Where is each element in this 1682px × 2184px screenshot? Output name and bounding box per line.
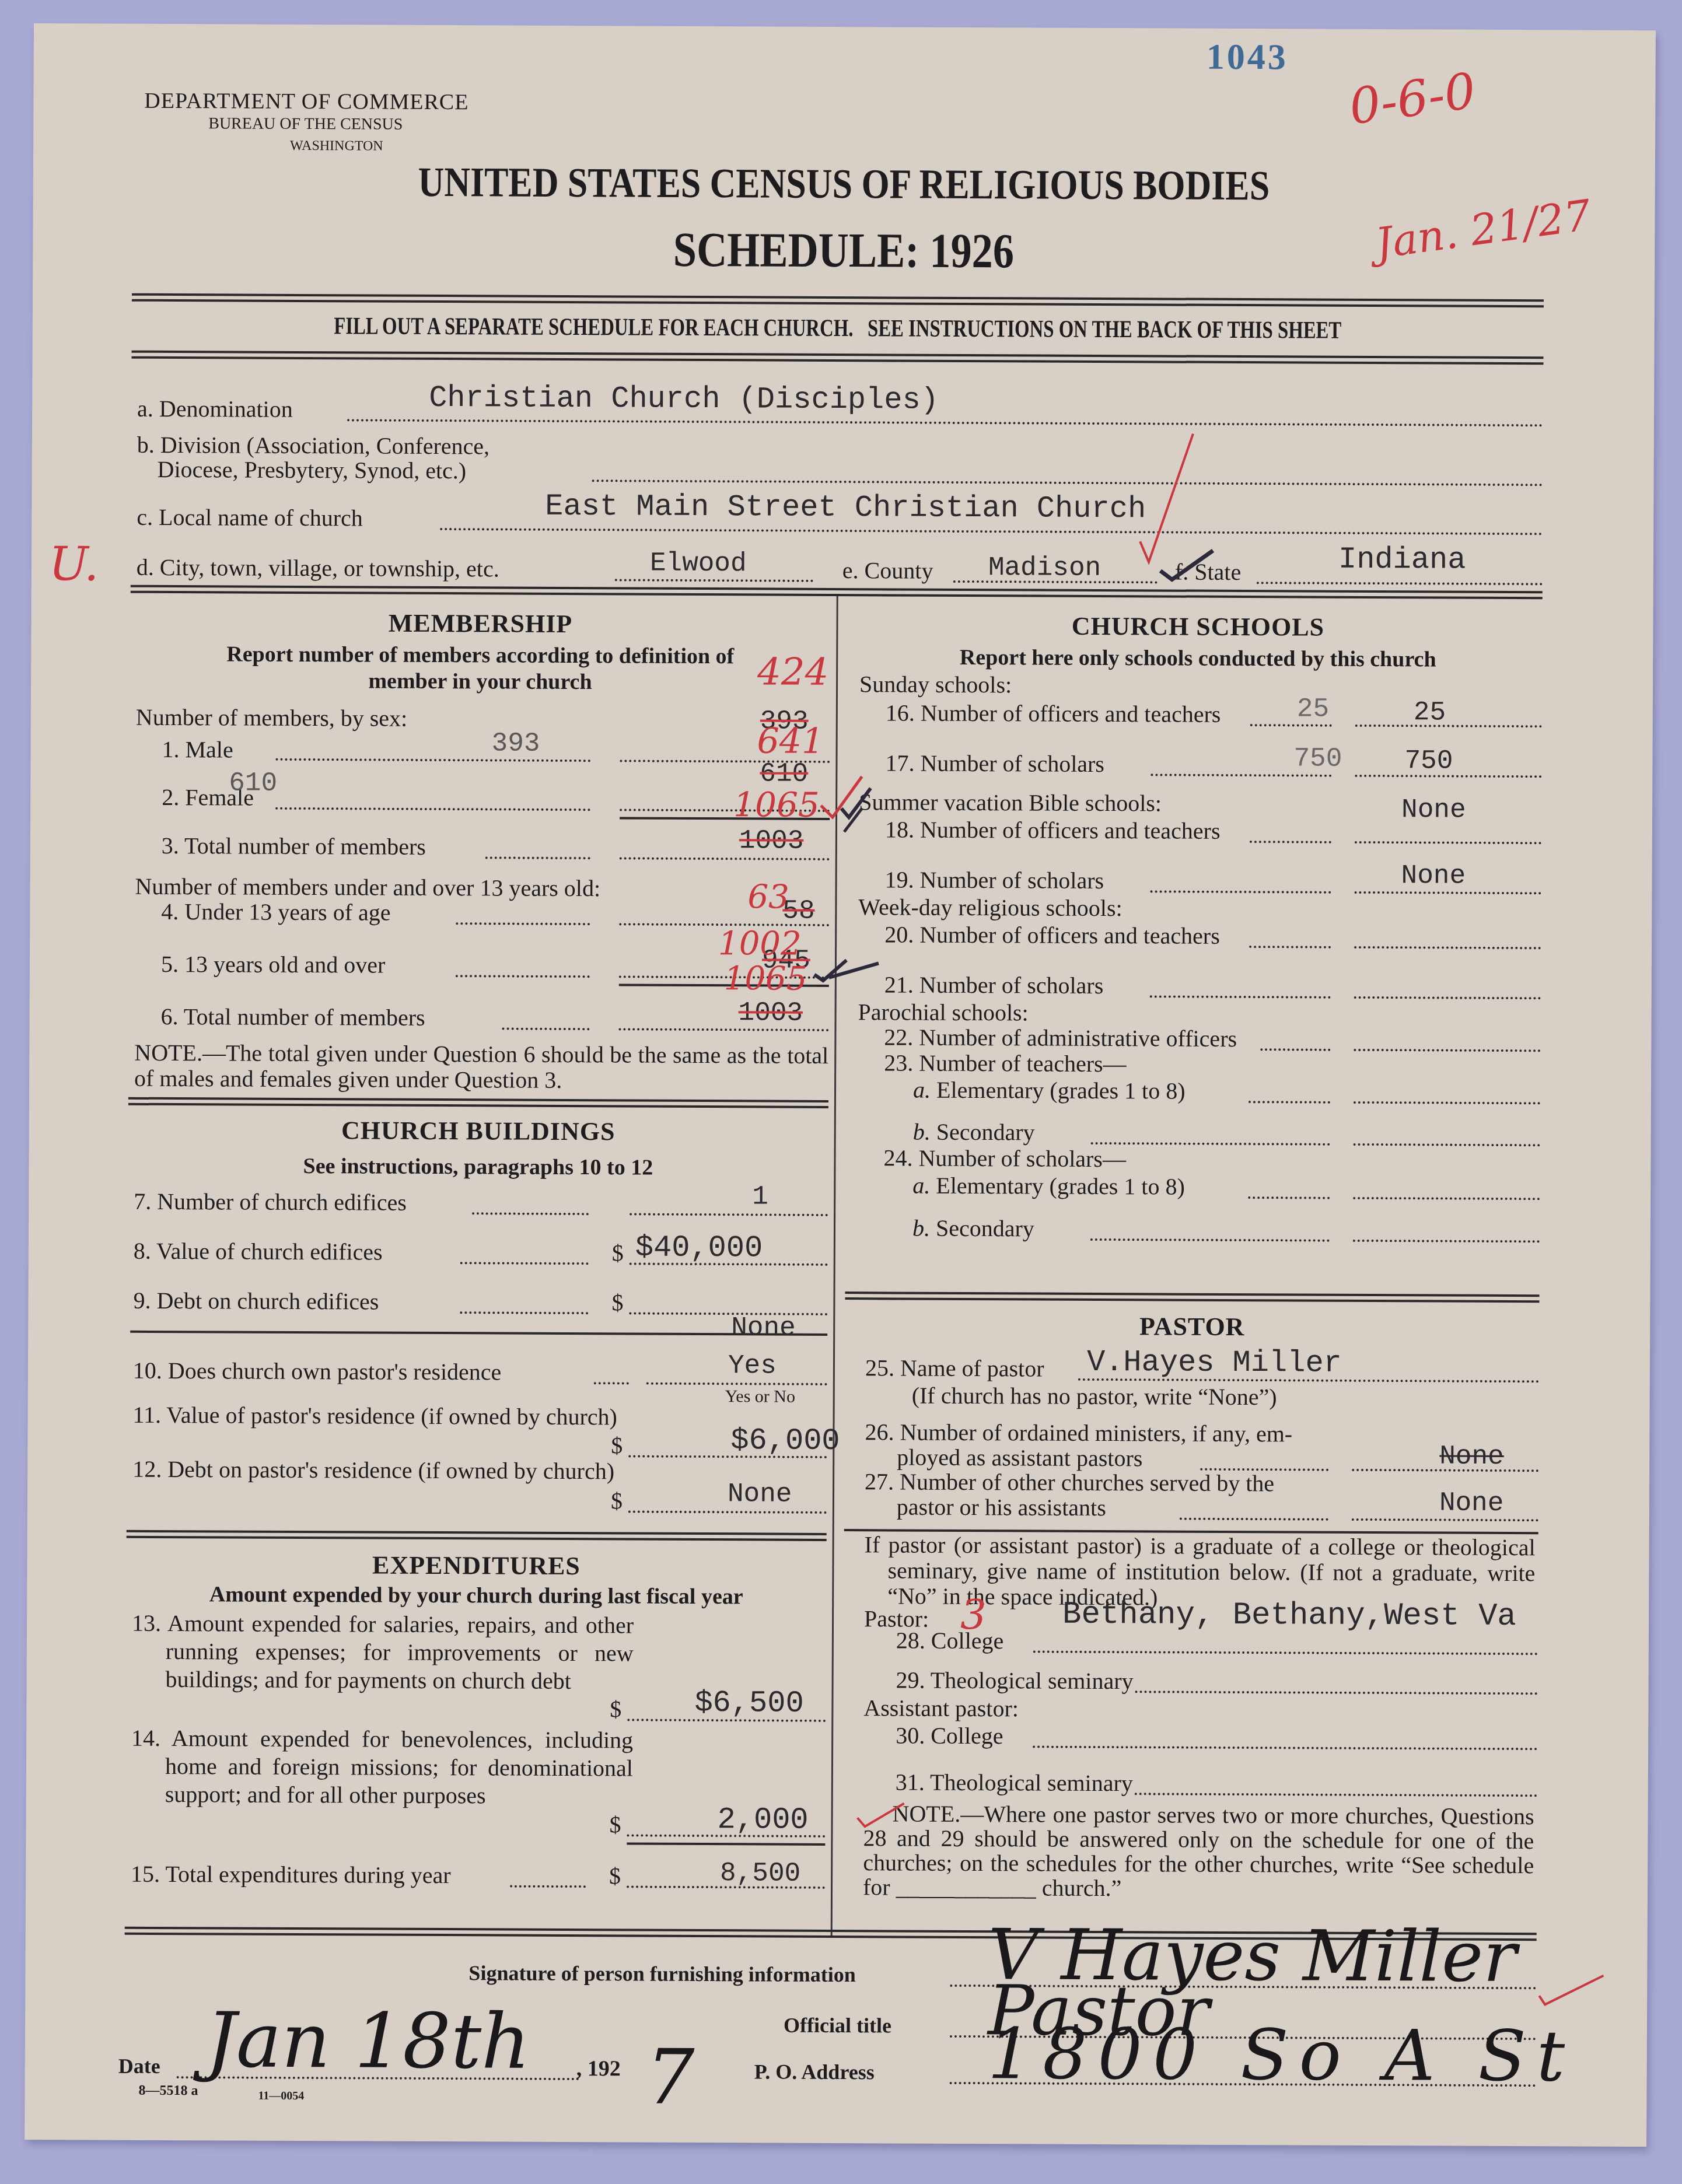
row-num: 2.	[162, 784, 179, 810]
row-label: 13 years old and over	[184, 951, 386, 978]
value-line	[1355, 841, 1541, 844]
city-field-label: d. City, town, village, or township, etc…	[137, 554, 499, 583]
row-num: b.	[913, 1119, 931, 1145]
leader-line	[594, 1382, 629, 1384]
sunday-scholars-label: 17. Number of scholars	[885, 749, 1104, 778]
row-num: b.	[912, 1215, 930, 1241]
census-schedule-document: 1043 0-6-0 Jan. 21/27 U. DEPARTMENT OF C…	[25, 23, 1656, 2147]
total-age-label: 6. Total number of members	[160, 1003, 425, 1031]
row-num: 16.	[886, 699, 915, 726]
row-label: Number of scholars—	[918, 1145, 1126, 1172]
row-num: 4.	[161, 898, 179, 925]
summer-scholars-value[interactable]: None	[1401, 860, 1466, 891]
row-label: Value of pastor's residence (if owned by…	[166, 1402, 617, 1430]
instruction-text: FILL OUT A SEPARATE SCHEDULE FOR EACH CH…	[334, 312, 1341, 345]
row-num: 21.	[884, 971, 914, 998]
college-value[interactable]: Bethany, Bethany,West Va	[1062, 1597, 1516, 1634]
college-label: 28. College	[896, 1626, 1004, 1654]
rule	[130, 1331, 827, 1336]
benevolences-label: 14. Amount expended for benevolences, in…	[131, 1724, 634, 1811]
row-num: 9.	[133, 1287, 151, 1314]
row-num: 12.	[132, 1456, 162, 1482]
row-num: 15.	[131, 1861, 160, 1887]
denomination-line	[347, 419, 1543, 426]
row-num: 11.	[132, 1402, 161, 1428]
over-13-corrected[interactable]: 1002	[718, 925, 802, 963]
row-label: Debt on church edifices	[156, 1287, 379, 1315]
leader-line	[1260, 1048, 1330, 1051]
under-13-corrected[interactable]: 63	[747, 878, 789, 916]
row-label: Elementary (grades 1 to 8)	[936, 1172, 1185, 1200]
asst-seminary-label: 31. Theological seminary	[896, 1768, 1133, 1797]
expenditures-subtitle: Amount expended by your church during la…	[126, 1581, 826, 1610]
row-num: 24.	[883, 1144, 912, 1171]
by-sex-label: Number of members, by sex:	[136, 703, 408, 732]
pastor-name-label: 25. Name of pastor	[865, 1354, 1044, 1382]
leader-line	[1151, 773, 1331, 776]
leader-line	[1180, 1518, 1328, 1521]
row-num: 7.	[134, 1188, 151, 1214]
parochial-teachers-label: 23. Number of teachers—	[884, 1049, 1127, 1077]
city-label: WASHINGTON	[290, 138, 383, 155]
residence-debt-value[interactable]: None	[728, 1479, 792, 1509]
instruction-banner: FILL OUT A SEPARATE SCHEDULE FOR EACH CH…	[132, 311, 1544, 346]
teachers-elementary-value[interactable]	[1354, 1101, 1540, 1104]
row-label: College	[931, 1627, 1004, 1654]
row-label: Number of officers and teachers	[921, 700, 1221, 727]
dollar-sign: $	[611, 1431, 623, 1459]
leader-line	[460, 1262, 589, 1265]
division-label-2: Diocese, Presbytery, Synod, etc.)	[158, 456, 467, 484]
row-num: 20.	[884, 921, 914, 947]
teachers-elementary-label: a. Elementary (grades 1 to 8)	[913, 1076, 1186, 1105]
church-schools-subtitle: Report here only schools conducted by th…	[848, 644, 1548, 673]
row-num: 3.	[162, 832, 179, 859]
sunday-scholars-value[interactable]: 750	[1404, 745, 1453, 776]
leader-line	[1248, 1196, 1330, 1199]
leader-line	[456, 922, 590, 925]
red-check-icon	[1536, 1972, 1606, 2008]
bureau-label: BUREAU OF THE CENSUS	[208, 114, 403, 134]
weekday-schools-label: Week-day religious schools:	[858, 893, 1122, 922]
leader-line	[485, 856, 590, 859]
sunday-scholars-draft: 750	[1293, 743, 1342, 773]
leader-line	[1249, 946, 1331, 949]
total-sex-typed: 1003	[739, 825, 804, 856]
row-label: Name of pastor	[900, 1355, 1044, 1382]
parochial-admin-label: 22. Number of administrative officers	[884, 1023, 1237, 1052]
document-title: UNITED STATES CENSUS OF RELIGIOUS BODIES	[33, 156, 1655, 212]
county-value[interactable]: Madison	[988, 552, 1101, 583]
leader-line	[1250, 841, 1331, 843]
subtitle-line: Report number of members according to de…	[226, 642, 734, 668]
city-line	[615, 579, 813, 582]
sum-rule	[627, 1842, 825, 1845]
leader-line	[456, 975, 590, 978]
row-label: Debt on pastor's residence (if owned by …	[167, 1456, 614, 1484]
female-corrected[interactable]: 641	[757, 720, 824, 761]
divider	[845, 1291, 1539, 1303]
row-label: College	[931, 1723, 1003, 1749]
title-text: UNITED STATES CENSUS OF RELIGIOUS BODIES	[418, 158, 1270, 210]
membership-title: MEMBERSHIP	[130, 607, 830, 640]
female-draft: 610	[229, 768, 277, 798]
denomination-value[interactable]: Christian Church (Disciples)	[429, 381, 939, 418]
local-name-line	[440, 528, 1543, 535]
row-label: Male	[185, 736, 233, 762]
asst-college-line[interactable]	[1033, 1745, 1537, 1750]
row-label: Total number of members	[184, 832, 426, 860]
dollar-sign: $	[612, 1239, 624, 1266]
row-num: 30.	[896, 1722, 925, 1748]
dollar-sign: $	[609, 1811, 621, 1838]
red-check-icon	[1134, 430, 1199, 565]
leader-line	[275, 758, 590, 762]
asst-seminary-line[interactable]	[1135, 1793, 1537, 1797]
city-value[interactable]: Elwood	[650, 548, 747, 579]
row-label: Amount expended for salaries, repairs, a…	[166, 1610, 634, 1694]
dollar-sign: $	[609, 1862, 621, 1889]
pastor-name-value[interactable]: V.Hayes Miller	[1087, 1345, 1342, 1381]
seminary-line[interactable]	[1135, 1690, 1538, 1695]
county-label: e. County	[842, 556, 933, 584]
local-name-label: c. Local name of church	[137, 503, 363, 532]
owns-residence-label: 10. Does church own pastor's residence	[133, 1357, 502, 1386]
edifices-count-value[interactable]: 1	[752, 1181, 768, 1212]
male-draft: 393	[492, 728, 540, 758]
church-buildings-title: CHURCH BUILDINGS	[128, 1115, 828, 1147]
church-schools-title: CHURCH SCHOOLS	[848, 610, 1548, 643]
denomination-label: a. Denomination	[137, 395, 293, 423]
row-num: 8.	[134, 1238, 151, 1264]
value-line	[628, 1510, 827, 1513]
value-line	[1355, 891, 1541, 894]
residence-value-label: 11. Value of pastor's residence (if owne…	[132, 1402, 634, 1431]
scholars-secondary-label: b. Secondary	[912, 1214, 1034, 1242]
running-expenses-label: 13. Amount expended for salaries, repair…	[132, 1609, 634, 1696]
schedule-text: SCHEDULE: 1926	[673, 222, 1014, 280]
assistant-edu-label: Assistant pastor:	[863, 1694, 1019, 1722]
under-13-label: 4. Under 13 years of age	[161, 898, 390, 926]
pencil-check-icon	[812, 949, 882, 984]
row-label: Secondary	[936, 1119, 1035, 1146]
total-sex-corrected[interactable]: 1065	[733, 785, 820, 825]
form-number: 8—5518 a	[138, 2083, 198, 2099]
red-check-icon	[855, 1794, 907, 1829]
row-label: Number of church edifices	[157, 1188, 407, 1216]
row-num: a.	[912, 1172, 930, 1199]
other-churches-label-2: pastor or his assistants	[897, 1493, 1106, 1521]
row-label: Total number of members	[184, 1003, 425, 1031]
membership-subtitle-2: member in your church	[130, 667, 830, 696]
residence-debt-label: 12. Debt on pastor's residence (if owned…	[132, 1456, 634, 1485]
row-num: 1.	[162, 736, 179, 762]
sunday-officers-value[interactable]: 25	[1414, 697, 1446, 727]
row-label: Number of other churches served by the	[900, 1468, 1274, 1496]
scholars-secondary-value[interactable]	[1353, 1240, 1540, 1242]
signature-label: Signature of person furnishing informati…	[468, 1961, 856, 1987]
row-label: Does church own pastor's residence	[168, 1357, 502, 1385]
row-label: Value of church edifices	[156, 1238, 383, 1265]
row-num: 18.	[885, 816, 914, 842]
total-sex-label: 3. Total number of members	[162, 832, 426, 860]
margin-mark: U.	[49, 537, 99, 591]
address-value[interactable]: 1800 So A St	[988, 2014, 1576, 2097]
year-prefix: , 192	[576, 2056, 621, 2081]
local-name-value[interactable]: East Main Street Christian Church	[545, 489, 1146, 526]
assistant-count-value[interactable]: None	[1439, 1441, 1504, 1472]
dollar-sign: $	[611, 1487, 623, 1514]
value-line	[646, 1382, 827, 1385]
weekday-officers-value[interactable]	[1354, 946, 1541, 949]
row-label: Number of officers and teachers	[920, 817, 1221, 844]
edifices-value-label: 8. Value of church edifices	[134, 1237, 383, 1266]
date-label: Date	[118, 2054, 160, 2078]
row-label: Number of scholars	[920, 867, 1104, 894]
row-num: 23.	[884, 1049, 913, 1076]
row-num: 27.	[865, 1468, 894, 1494]
no-pastor-hint: (If church has no pastor, write “None”)	[912, 1382, 1277, 1411]
sunday-schools-label: Sunday schools:	[859, 670, 1012, 698]
dollar-sign: $	[611, 1289, 623, 1316]
row-num: 22.	[884, 1024, 913, 1050]
row-num: a.	[913, 1077, 931, 1103]
row-num: 19.	[885, 866, 914, 892]
official-title-label: Official title	[784, 2013, 891, 2038]
code-annotation: 0-6-0	[1346, 62, 1479, 135]
college-line	[1033, 1651, 1538, 1655]
row-num: 5.	[161, 951, 179, 977]
leader-line	[1091, 1142, 1330, 1146]
yes-no-hint: Yes or No	[725, 1387, 795, 1407]
sunday-officers-label: 16. Number of officers and teachers	[886, 699, 1221, 728]
value-line	[1352, 1518, 1538, 1521]
leader-line	[275, 807, 590, 811]
leader-line	[1151, 890, 1331, 893]
church-buildings-subtitle: See instructions, paragraphs 10 to 12	[128, 1153, 828, 1181]
pencil-check-icon	[1158, 547, 1216, 582]
row-num: 31.	[896, 1769, 925, 1795]
leader-line	[460, 1311, 588, 1314]
dollar-sign: $	[610, 1695, 621, 1723]
summer-officers-value[interactable]: None	[1401, 794, 1466, 825]
summer-officers-label: 18. Number of officers and teachers	[885, 815, 1221, 845]
membership-note: NOTE.—The total given under Question 6 s…	[134, 1040, 828, 1094]
row-num: 6.	[160, 1003, 178, 1030]
year-digit[interactable]: 7	[646, 2033, 694, 2122]
print-number: 11—0054	[258, 2089, 304, 2103]
row-num: 28.	[896, 1627, 925, 1653]
row-label: Number of scholars	[919, 972, 1104, 999]
pencil-check-icon	[841, 806, 865, 835]
benevolences-value[interactable]: 2,000	[717, 1803, 808, 1838]
edifices-debt-label: 9. Debt on church edifices	[133, 1287, 379, 1315]
row-label: Theological seminary	[930, 1769, 1133, 1797]
row-num: 25.	[865, 1354, 894, 1381]
row-label: Under 13 years of age	[184, 898, 390, 926]
schedule-year: SCHEDULE: 1926	[33, 219, 1655, 282]
row-label: Elementary (grades 1 to 8)	[936, 1077, 1186, 1104]
row-label: Total expenditures during year	[165, 1861, 450, 1888]
address-label: P. O. Address	[754, 2059, 875, 2084]
scholars-elementary-value[interactable]	[1353, 1197, 1540, 1200]
row-label: Number of administrative officers	[919, 1024, 1237, 1052]
divider	[127, 1530, 827, 1541]
division-line[interactable]	[592, 480, 1543, 486]
row-num: 17.	[885, 750, 914, 776]
scholars-elementary-label: a. Elementary (grades 1 to 8)	[912, 1172, 1185, 1200]
row-label: Amount expended for benevolences, includ…	[165, 1725, 634, 1808]
divider	[132, 293, 1544, 308]
leader-line	[472, 1212, 589, 1215]
parochial-schools-label: Parochial schools:	[858, 998, 1029, 1026]
divider	[131, 351, 1543, 365]
row-label: Number of officers and teachers	[919, 922, 1220, 949]
sunday-officers-draft: 25	[1297, 694, 1329, 724]
edifices-value-value[interactable]: $40,000	[635, 1231, 763, 1266]
row-label: Number of teachers—	[919, 1050, 1127, 1077]
row-num: 14.	[131, 1725, 160, 1751]
asst-college-label: 30. College	[896, 1721, 1003, 1749]
expenditures-title: EXPENDITURES	[126, 1549, 826, 1582]
weekday-scholars-value[interactable]	[1354, 996, 1541, 999]
leader-line	[502, 1028, 589, 1031]
seminary-label: 29. Theological seminary	[896, 1666, 1134, 1695]
pastor-title: PASTOR	[845, 1310, 1539, 1343]
total-age-corrected[interactable]: 1065	[724, 960, 807, 998]
row-label: Number of ordained ministers, if any, em…	[900, 1419, 1292, 1447]
over-13-label: 5. 13 years old and over	[161, 950, 386, 979]
male-corrected[interactable]: 424	[757, 650, 828, 694]
summer-scholars-label: 19. Number of scholars	[885, 866, 1104, 894]
male-label: 1. Male	[162, 736, 233, 764]
row-num: 26.	[865, 1419, 894, 1445]
summer-schools-label: Summer vacation Bible schools:	[859, 788, 1162, 817]
teachers-secondary-label: b. Secondary	[913, 1118, 1035, 1146]
total-expenditures-value[interactable]: 8,500	[720, 1858, 800, 1889]
weekday-scholars-label: 21. Number of scholars	[884, 971, 1104, 999]
running-expenses-value[interactable]: $6,500	[694, 1686, 803, 1721]
leader-line	[1150, 995, 1331, 998]
total-age-typed: 1003	[738, 998, 803, 1028]
pastor-note: NOTE.—Where one pastor serves two or mor…	[863, 1801, 1534, 1902]
row-num: 29.	[896, 1667, 925, 1693]
edifices-count-label: 7. Number of church edifices	[134, 1188, 407, 1216]
row-label: Secondary	[936, 1215, 1034, 1242]
membership-subtitle: Report number of members according to de…	[130, 641, 830, 670]
serial-number-stamp: 1043	[1207, 37, 1288, 79]
other-churches-value[interactable]: None	[1439, 1488, 1504, 1518]
value-line	[630, 1213, 828, 1216]
leader-line	[1250, 724, 1332, 727]
residence-value-value[interactable]: $6,000	[730, 1423, 840, 1458]
department-label: DEPARTMENT OF COMMERCE	[144, 88, 468, 115]
date-value[interactable]: Jan 18th	[206, 1996, 531, 2085]
value-line	[1355, 724, 1542, 727]
total-expenditures-label: 15. Total expenditures during year	[131, 1860, 451, 1889]
state-value[interactable]: Indiana	[1338, 542, 1466, 577]
edifices-debt-value[interactable]: None	[731, 1312, 796, 1343]
leader-line	[510, 1885, 586, 1888]
row-label: Theological seminary	[931, 1667, 1134, 1695]
value-line	[618, 1028, 828, 1031]
leader-line	[1249, 1101, 1330, 1104]
state-line	[1257, 582, 1543, 585]
value-line	[620, 857, 830, 860]
weekday-officers-label: 20. Number of officers and teachers	[884, 921, 1220, 950]
owns-residence-value[interactable]: Yes	[728, 1350, 777, 1381]
parochial-scholars-label: 24. Number of scholars—	[883, 1144, 1126, 1172]
parochial-admin-value[interactable]	[1354, 1049, 1540, 1052]
subtitle-line: member in your church	[368, 669, 592, 695]
leader-line	[1090, 1238, 1330, 1242]
value-line	[629, 1312, 827, 1315]
divider	[128, 1097, 828, 1108]
teachers-secondary-value[interactable]	[1354, 1143, 1540, 1146]
row-label: Number of scholars	[920, 750, 1104, 777]
row-num: 10.	[133, 1357, 162, 1384]
row-num: 13.	[132, 1610, 161, 1636]
